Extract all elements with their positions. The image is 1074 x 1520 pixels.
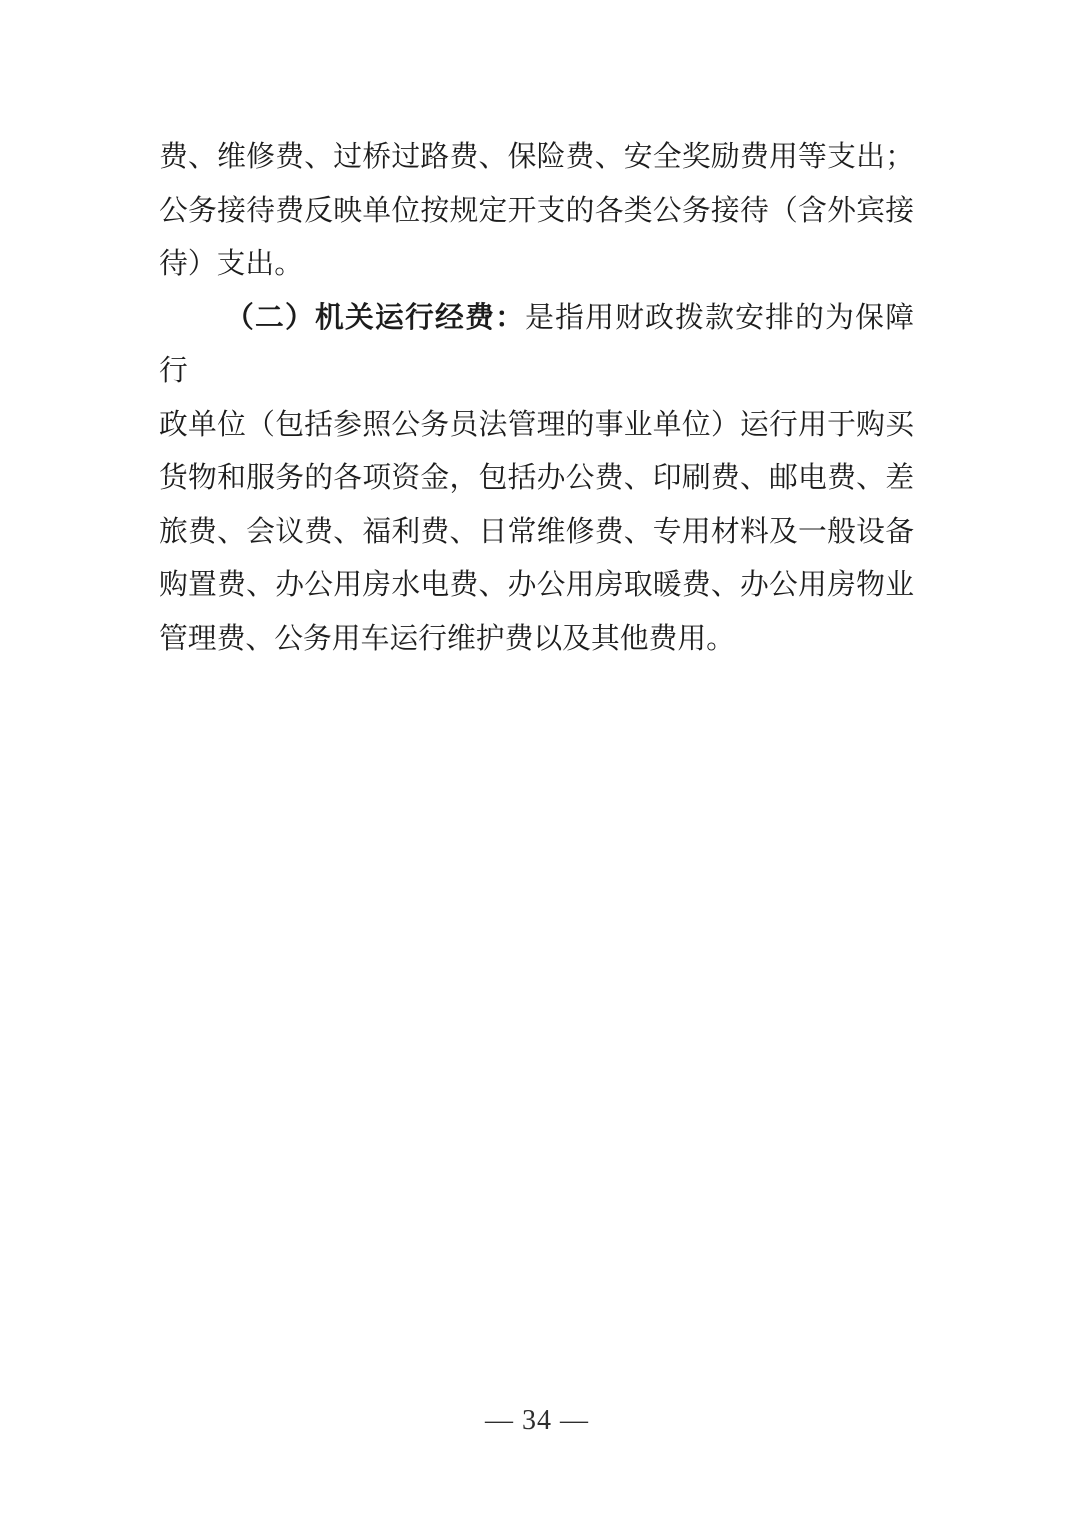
text-line: 管理费、公务用车运行维护费以及其他费用。 (159, 613, 914, 667)
page-number: — 34 — (0, 1404, 1074, 1438)
text-line: 购置费、办公用房水电费、办公用房取暖费、办公用房物业 (159, 559, 914, 613)
text-line: 待）支出。 (159, 238, 914, 292)
document-page: 费、维修费、过桥过路费、保险费、安全奖励费用等支出；公务接待费反映单位按规定开支… (0, 0, 1074, 1520)
text-line: 政单位（包括参照公务员法管理的事业单位）运行用于购买 (159, 399, 914, 453)
bold-lead-text: （二）机关运行经费： (225, 302, 525, 334)
text-block: 费、维修费、过桥过路费、保险费、安全奖励费用等支出；公务接待费反映单位按规定开支… (159, 131, 914, 666)
text-line: 费、维修费、过桥过路费、保险费、安全奖励费用等支出； (159, 131, 914, 185)
text-line: （二）机关运行经费：是指用财政拨款安排的为保障行 (159, 292, 914, 399)
text-line: 旅费、会议费、福利费、日常维修费、专用材料及一般设备 (159, 506, 914, 560)
text-line: 货物和服务的各项资金，包括办公费、印刷费、邮电费、差 (159, 452, 914, 506)
text-line: 公务接待费反映单位按规定开支的各类公务接待（含外宾接 (159, 185, 914, 239)
